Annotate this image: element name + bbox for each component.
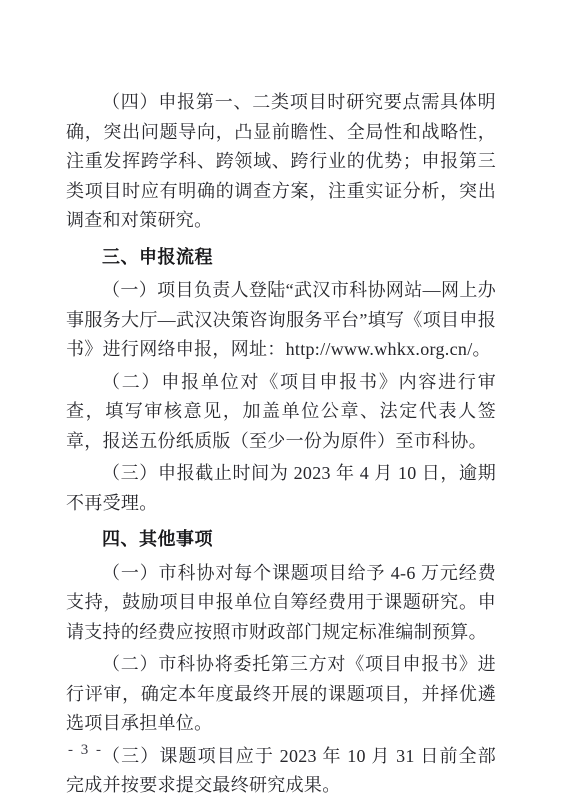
paragraph-other-item-2: （二）市科协将委托第三方对《项目申报书》进行评审，确定本年度最终开展的课题项目，… xyxy=(66,650,496,739)
section-heading-application-process: 三、申报流程 xyxy=(66,243,496,273)
paragraph-process-item-3: （三）申报截止时间为 2023 年 4 月 10 日，逾期不再受理。 xyxy=(66,459,496,518)
section-heading-other-matters: 四、其他事项 xyxy=(66,525,496,555)
scanned-document-page: （四）申报第一、二类项目时研究要点需具体明确，突出问题导向，凸显前瞻性、全局性和… xyxy=(0,0,561,797)
paragraph-other-item-1: （一）市科协对每个课题项目给予 4-6 万元经费支持，鼓励项目申报单位自筹经费用… xyxy=(66,559,496,648)
paragraph-other-item-3: （三）课题项目应于 2023 年 10 月 31 日前全部完成并按要求提交最终研… xyxy=(66,742,496,797)
paragraph-item-4: （四）申报第一、二类项目时研究要点需具体明确，突出问题导向，凸显前瞻性、全局性和… xyxy=(66,88,496,236)
paragraph-process-item-1: （一）项目负责人登陆“武汉市科协网站—网上办事服务大厅—武汉决策咨询服务平台”填… xyxy=(66,276,496,365)
page-number: - 3 - xyxy=(68,742,103,759)
paragraph-process-item-2: （二）申报单位对《项目申报书》内容进行审查，填写审核意见，加盖单位公章、法定代表… xyxy=(66,368,496,457)
document-body: （四）申报第一、二类项目时研究要点需具体明确，突出问题导向，凸显前瞻性、全局性和… xyxy=(66,88,496,797)
